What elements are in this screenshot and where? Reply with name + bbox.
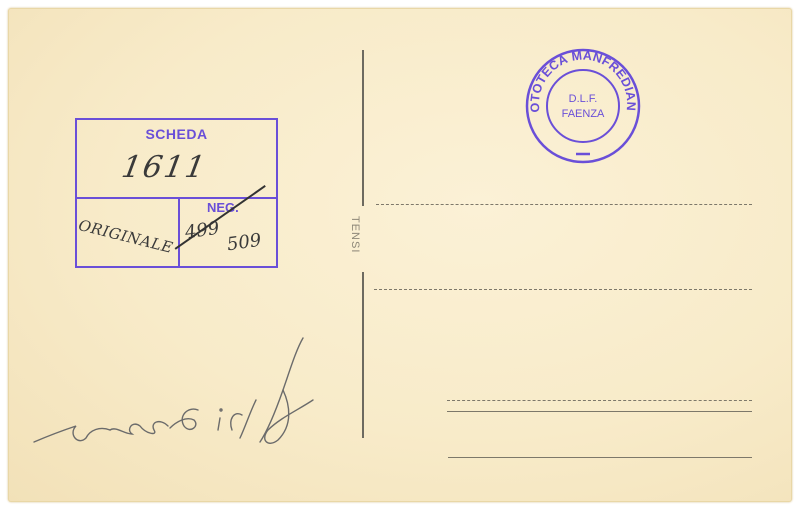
pencil-signature: Ghi Carso — [28, 330, 318, 450]
originale-note: ORIGINALE — [77, 216, 175, 257]
neg-denominator: 509 — [226, 230, 263, 256]
stamp-line2: FAENZA — [562, 108, 605, 120]
divider-line-bottom — [362, 272, 364, 438]
fototeca-round-stamp: FOTOTECA MANFREDIANA D.L.F. FAENZA — [524, 47, 642, 165]
address-line-3-underline — [447, 411, 752, 412]
address-line-3 — [447, 400, 752, 401]
divider-text: TENSI — [349, 216, 361, 253]
address-line-1 — [376, 204, 752, 205]
divider-line-top — [362, 50, 364, 206]
address-line-4 — [448, 457, 752, 458]
stamp-divider — [178, 197, 180, 266]
stamp-line1: D.L.F. — [569, 93, 598, 105]
scheda-number: 1611 — [119, 150, 210, 185]
scheda-label: SCHEDA — [77, 126, 276, 142]
address-line-2 — [374, 289, 752, 290]
signature-text: Ghi Carso — [28, 330, 33, 331]
archive-stamp: SCHEDA 1611 NEG. ORIGINALE 499 509 — [75, 118, 278, 268]
